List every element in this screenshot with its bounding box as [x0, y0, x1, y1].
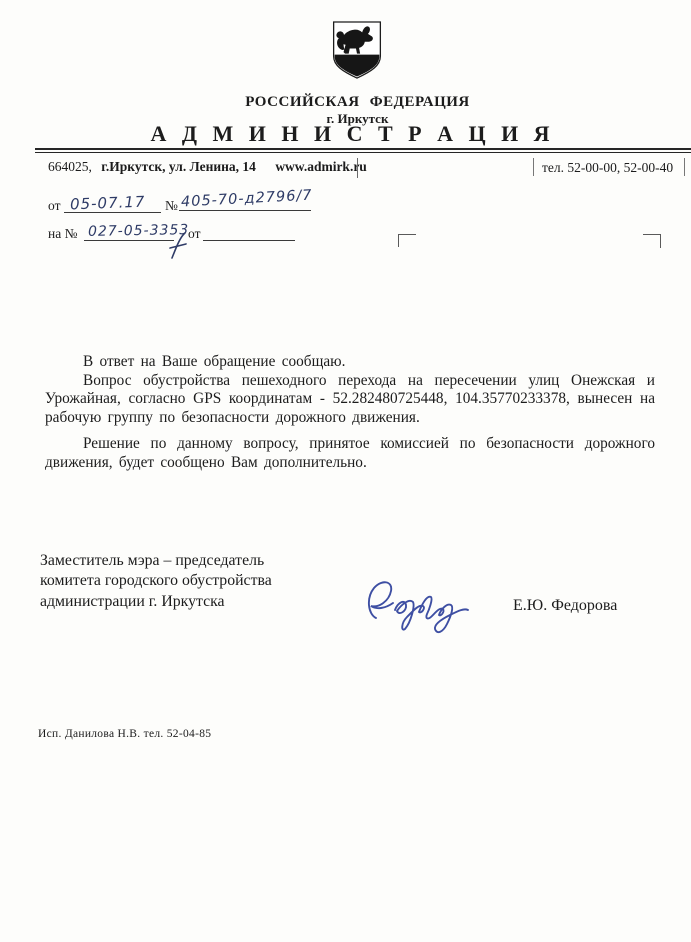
paragraph: Решение по данному вопросу, принятое ком… [45, 435, 655, 472]
reply-to-label: на № [48, 226, 77, 242]
signer-position-block: Заместитель мэра – председатель комитета… [40, 551, 340, 612]
reply-date-field [203, 220, 295, 241]
country-title: РОССИЙСКАЯ ФЕДЕРАЦИЯ [12, 94, 691, 111]
phone-numbers: тел. 52-00-00, 52-00-40 [533, 158, 685, 176]
address-divider-line [357, 158, 358, 178]
reply-from-label: от [188, 226, 200, 242]
organization-title: А Д М И Н И С Т Р А Ц И Я [7, 121, 691, 147]
number-label: № [165, 198, 178, 214]
scanned-letter-page: РОССИЙСКАЯ ФЕДЕРАЦИЯ г. Иркутск А Д М И … [0, 0, 691, 942]
postcode: 664025, [48, 159, 92, 174]
outgoing-number-field: 405-70-д2796/7 [179, 190, 311, 211]
signer-position-line: Заместитель мэра – председатель [40, 551, 340, 571]
handwritten-signature [360, 572, 488, 636]
signer-name: Е.Ю. Федорова [513, 597, 617, 615]
incoming-number-field: 027-05-3353 [84, 220, 174, 241]
handwritten-outgoing-number: 405-70-д2796/7 [181, 188, 313, 211]
handwritten-date: 05-07.17 [70, 193, 146, 214]
handwritten-flourish-mark [168, 231, 188, 261]
street-address: г.Иркутск, ул. Ленина, 14 [101, 159, 256, 174]
letter-body: В ответ на Ваше обращение сообщаю. Вопро… [45, 353, 655, 472]
addressee-corner-mark-left [398, 234, 416, 247]
irkutsk-coat-of-arms-icon [330, 19, 384, 81]
executor-line: Исп. Данилова Н.В. тел. 52-04-85 [38, 728, 211, 740]
address-row: 664025, г.Иркутск, ул. Ленина, 14 www.ad… [48, 159, 367, 175]
signer-position-line: комитета городского обустройства [40, 571, 340, 591]
header-double-rule [35, 148, 691, 153]
date-field: 05-07.17 [64, 192, 161, 213]
addressee-corner-mark-right [643, 234, 661, 248]
from-label: от [48, 198, 60, 214]
website: www.admirk.ru [275, 159, 367, 174]
paragraph: Вопрос обустройства пешеходного перехода… [45, 372, 655, 428]
signer-position-line: администрации г. Иркутска [40, 592, 340, 612]
paragraph: В ответ на Ваше обращение сообщаю. [45, 353, 655, 372]
